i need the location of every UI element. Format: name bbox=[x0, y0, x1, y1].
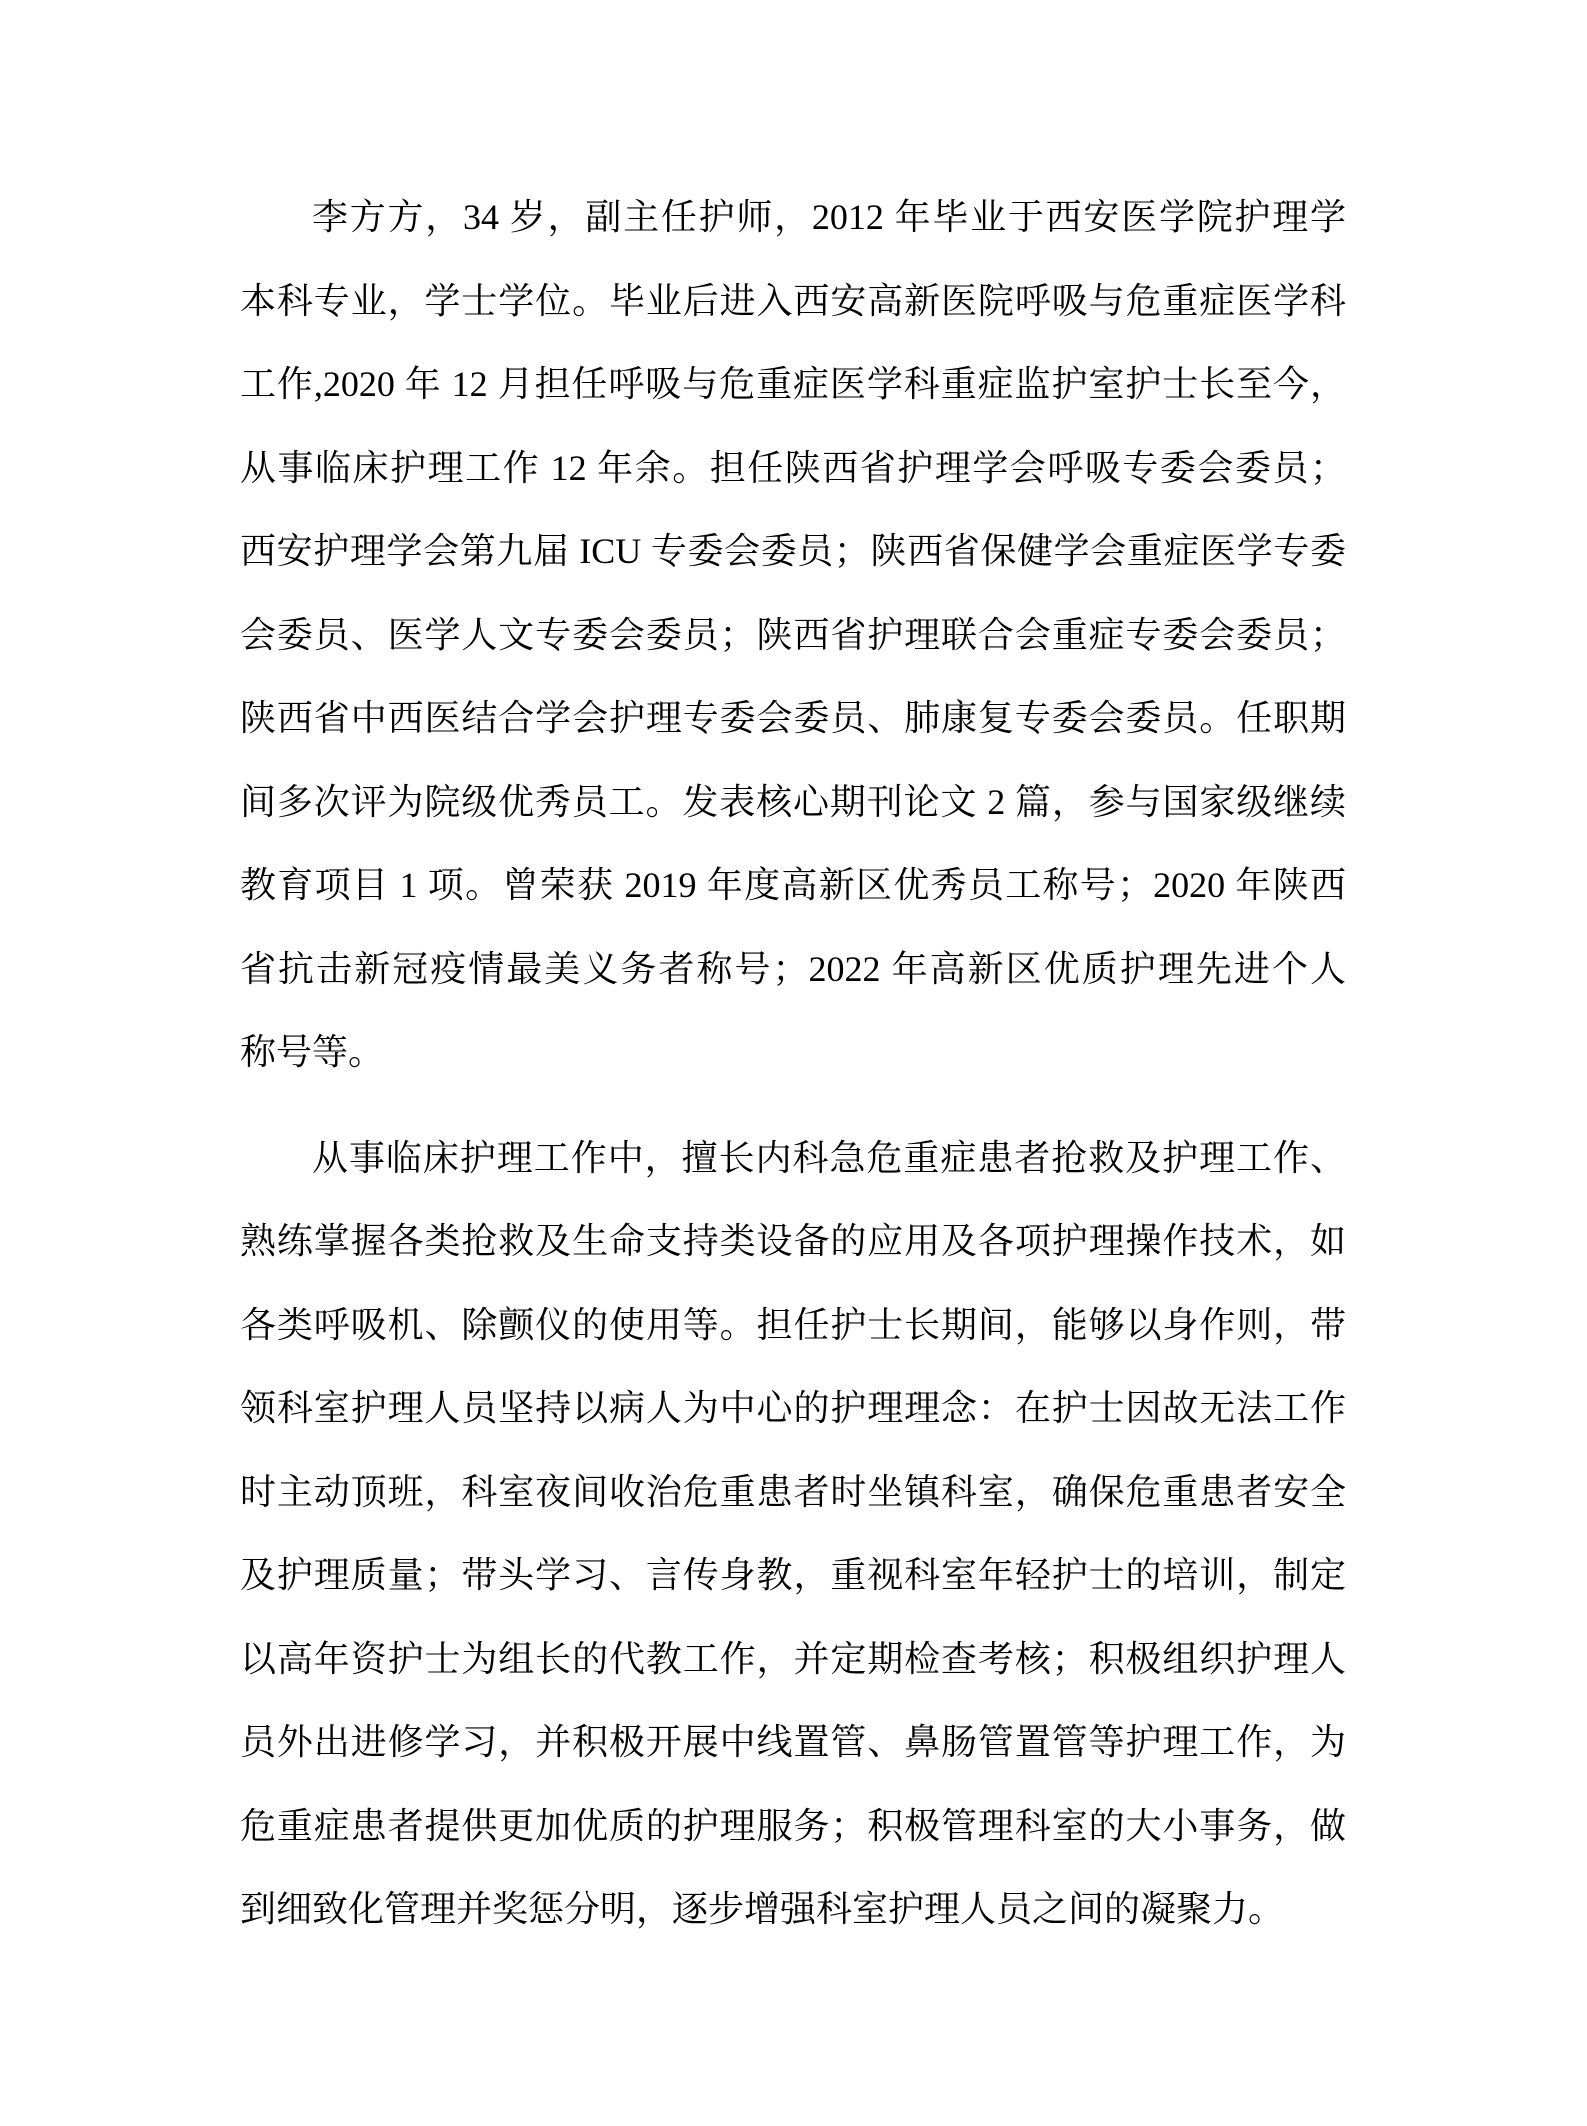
text-line: 西安护理学会第九届 ICU 专委会委员；陕西省保健学会重症医学专委 bbox=[240, 510, 1346, 594]
text-line: 教育项目 1 项。曾荣获 2019 年度高新区优秀员工称号；2020 年陕西 bbox=[240, 844, 1346, 928]
paragraph-clinical-work: 从事临床护理工作中，擅长内科急危重症患者抢救及护理工作、熟练掌握各类抢救及生命支… bbox=[240, 1117, 1346, 1952]
text-line: 危重症患者提供更加优质的护理服务；积极管理科室的大小事务，做 bbox=[240, 1785, 1346, 1869]
document-text-block: 李方方，34 岁，副主任护师，2012 年毕业于西安医学院护理学本科专业，学士学… bbox=[240, 176, 1346, 1952]
text-line: 从事临床护理工作 12 年余。担任陕西省护理学会呼吸专委会委员； bbox=[240, 427, 1346, 511]
text-line: 以高年资护士为组长的代教工作，并定期检查考核；积极组织护理人 bbox=[240, 1618, 1346, 1702]
text-line: 领科室护理人员坚持以病人为中心的护理理念：在护士因故无法工作 bbox=[240, 1367, 1346, 1451]
text-line: 从事临床护理工作中，擅长内科急危重症患者抢救及护理工作、 bbox=[240, 1117, 1346, 1201]
text-line: 李方方，34 岁，副主任护师，2012 年毕业于西安医学院护理学 bbox=[240, 176, 1346, 260]
text-line: 省抗击新冠疫情最美义务者称号；2022 年高新区优质护理先进个人 bbox=[240, 928, 1346, 1012]
paragraph-biography: 李方方，34 岁，副主任护师，2012 年毕业于西安医学院护理学本科专业，学士学… bbox=[240, 176, 1346, 1095]
text-line: 时主动顶班，科室夜间收治危重患者时坐镇科室，确保危重患者安全 bbox=[240, 1451, 1346, 1535]
text-line: 称号等。 bbox=[240, 1011, 1346, 1095]
text-line: 会委员、医学人文专委会委员；陕西省护理联合会重症专委会委员； bbox=[240, 594, 1346, 678]
text-line: 及护理质量；带头学习、言传身教，重视科室年轻护士的培训，制定 bbox=[240, 1534, 1346, 1618]
text-line: 本科专业，学士学位。毕业后进入西安高新医院呼吸与危重症医学科 bbox=[240, 260, 1346, 344]
text-line: 各类呼吸机、除颤仪的使用等。担任护士长期间，能够以身作则，带 bbox=[240, 1284, 1346, 1368]
text-line: 到细致化管理并奖惩分明，逐步增强科室护理人员之间的凝聚力。 bbox=[240, 1868, 1346, 1952]
text-line: 工作,2020 年 12 月担任呼吸与危重症医学科重症监护室护士长至今， bbox=[240, 343, 1346, 427]
text-line: 间多次评为院级优秀员工。发表核心期刊论文 2 篇，参与国家级继续 bbox=[240, 761, 1346, 845]
text-line: 熟练掌握各类抢救及生命支持类设备的应用及各项护理操作技术，如 bbox=[240, 1200, 1346, 1284]
document-page: 李方方，34 岁，副主任护师，2012 年毕业于西安医学院护理学本科专业，学士学… bbox=[0, 0, 1587, 2126]
text-line: 员外出进修学习，并积极开展中线置管、鼻肠管置管等护理工作，为 bbox=[240, 1701, 1346, 1785]
text-line: 陕西省中西医结合学会护理专委会委员、肺康复专委会委员。任职期 bbox=[240, 677, 1346, 761]
